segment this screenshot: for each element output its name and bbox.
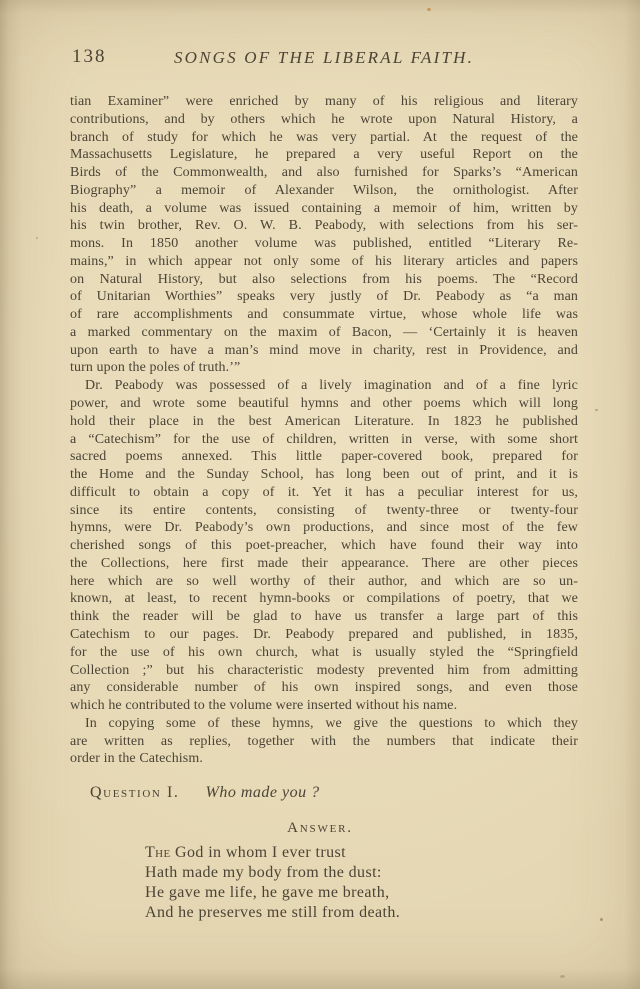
text-line: Biography” a memoir of Alexander Wilson,… xyxy=(70,182,578,200)
text-line: his twin brother, Rev. O. W. B. Peabody,… xyxy=(70,217,578,235)
paragraph: Dr. Peabody was possessed of a lively im… xyxy=(70,377,578,715)
text-line: cherished songs of this poet-preacher, w… xyxy=(70,537,578,555)
question-text: Who made you ? xyxy=(206,784,320,801)
text-line: turn upon the poles of truth.’” xyxy=(70,359,578,377)
text-line: of Unitarian Worthies” speaks very justl… xyxy=(70,288,578,306)
paper-speck xyxy=(600,918,603,921)
text-line: branch of study for which he was very pa… xyxy=(70,129,578,147)
text-line: the Home and the Sunday School, has long… xyxy=(70,466,578,484)
paper-speck xyxy=(560,975,565,978)
verse-line: And he preserves me still from death. xyxy=(145,903,400,923)
text-line: tian Examiner” were enriched by many of … xyxy=(70,93,578,111)
answer-heading: Answer. xyxy=(70,820,570,837)
text-line: hold their place in the best American Li… xyxy=(70,413,578,431)
verse-line: Hath made my body from the dust: xyxy=(145,863,400,883)
text-line: power, and wrote some beautiful hymns an… xyxy=(70,395,578,413)
verse-lead-word: The xyxy=(145,844,171,861)
text-line: contributions, and by others which he wr… xyxy=(70,111,578,129)
text-line: of rare accomplishments and consummate v… xyxy=(70,306,578,324)
verse-line-text: God in whom I ever trust xyxy=(171,844,346,861)
text-line: are written as replies, together with th… xyxy=(70,733,578,751)
running-title: SONGS OF THE LIBERAL FAITH. xyxy=(70,48,578,68)
text-line: upon earth to have a man’s mind move in … xyxy=(70,342,578,360)
text-line: here which are so well worthy of their a… xyxy=(70,573,578,591)
paper-speck xyxy=(427,8,431,11)
paragraph: In copying some of these hymns, we give … xyxy=(70,715,578,768)
text-line: Dr. Peabody was possessed of a lively im… xyxy=(70,377,578,395)
text-line: since its entire contents, consisting of… xyxy=(70,502,578,520)
text-line: sacred poems annexed. This little paper-… xyxy=(70,448,578,466)
book-page: 138 SONGS OF THE LIBERAL FAITH. tian Exa… xyxy=(0,0,640,989)
verse-line: The God in whom I ever trust xyxy=(145,843,400,863)
text-line: difficult to obtain a copy of it. Yet it… xyxy=(70,484,578,502)
paper-speck xyxy=(36,237,38,239)
text-line: mains,” in which appear not only some of… xyxy=(70,253,578,271)
paper-speck xyxy=(595,409,598,411)
text-line: a “Catechism” for the use of children, w… xyxy=(70,431,578,449)
text-line: his death, a volume was issued containin… xyxy=(70,200,578,218)
text-line: which he contributed to the volume were … xyxy=(70,697,578,715)
text-line: Massachusetts Legislature, he prepared a… xyxy=(70,146,578,164)
page-header: 138 SONGS OF THE LIBERAL FAITH. xyxy=(70,46,578,72)
text-line: a marked commentary on the maxim of Baco… xyxy=(70,324,578,342)
verse-line: He gave me life, he gave me breath, xyxy=(145,883,400,903)
text-line: order in the Catechism. xyxy=(70,750,578,768)
text-line: Catechism to our pages. Dr. Peabody prep… xyxy=(70,626,578,644)
text-line: Collection ;” but his characteristic mod… xyxy=(70,662,578,680)
text-line: mons. In 1850 another volume was publish… xyxy=(70,235,578,253)
text-line: In copying some of these hymns, we give … xyxy=(70,715,578,733)
text-line: for the use of his own church, what is u… xyxy=(70,644,578,662)
body-text: tian Examiner” were enriched by many of … xyxy=(70,93,578,768)
text-line: hymns, were Dr. Peabody’s own production… xyxy=(70,519,578,537)
question-line: Question I.Who made you ? xyxy=(90,784,320,802)
paragraph: tian Examiner” were enriched by many of … xyxy=(70,93,578,377)
text-line: Birds of the Commonwealth, and also furn… xyxy=(70,164,578,182)
text-line: on Natural History, but also selections … xyxy=(70,271,578,289)
text-line: any considerable number of his own inspi… xyxy=(70,679,578,697)
question-label: Question I. xyxy=(90,784,180,801)
text-line: known, at least, to recent hymn-books or… xyxy=(70,590,578,608)
text-line: the Collections, here first made their a… xyxy=(70,555,578,573)
text-line: think the reader will be glad to have us… xyxy=(70,608,578,626)
hymn-verse: The God in whom I ever trust Hath made m… xyxy=(145,843,400,923)
